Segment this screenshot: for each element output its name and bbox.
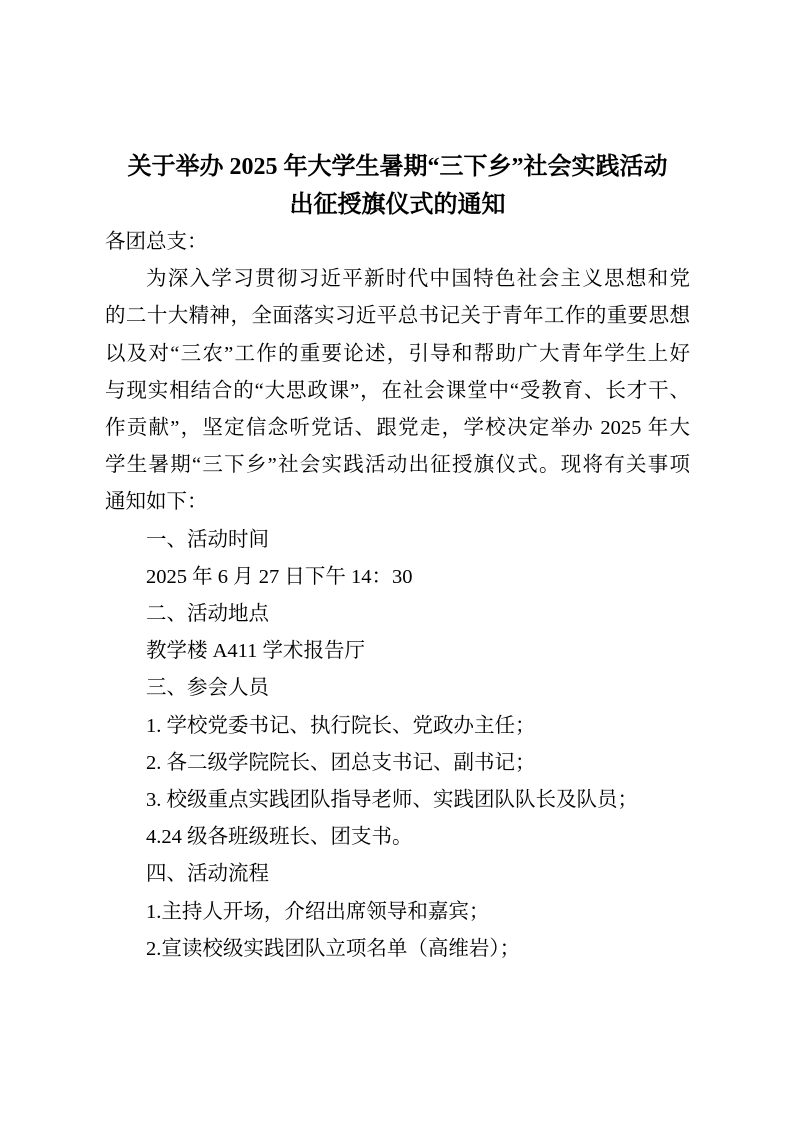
attendee-item-3: 3. 校级重点实践团队指导老师、实践团队队长及队员； (105, 782, 690, 819)
agenda-item-2: 2.宣读校级实践团队立项名单（高维岩）； (105, 931, 690, 968)
attendee-item-1: 1. 学校党委书记、执行院长、党政办主任； (105, 708, 690, 745)
intro-line: 与现实相结合的“大思政课”，在社会课堂中“受教育、长才干、 (105, 373, 690, 410)
title-line-1: 关于举办 2025 年大学生暑期“三下乡”社会实践活动 (105, 148, 690, 186)
agenda-item-1: 1.主持人开场，介绍出席领导和嘉宾； (105, 894, 690, 931)
document-title: 关于举办 2025 年大学生暑期“三下乡”社会实践活动 出征授旗仪式的通知 (105, 148, 690, 224)
intro-line: 为深入学习贯彻习近平新时代中国特色社会主义思想和党 (105, 261, 690, 298)
document-body: 各团总支： 为深入学习贯彻习近平新时代中国特色社会主义思想和党 的二十大精神，全… (105, 224, 690, 968)
section-heading: 二、活动地点 (105, 596, 690, 633)
attendee-item-2: 2. 各二级学院院长、团总支书记、副书记； (105, 745, 690, 782)
intro-line: 的二十大精神，全面落实习近平总书记关于青年工作的重要思想 (105, 298, 690, 335)
document-page: 关于举办 2025 年大学生暑期“三下乡”社会实践活动 出征授旗仪式的通知 各团… (0, 0, 793, 1122)
intro-line: 作贡献”，坚定信念听党话、跟党走，学校决定举办 2025 年大 (105, 410, 690, 447)
section-agenda: 四、活动流程 1.主持人开场，介绍出席领导和嘉宾； 2.宣读校级实践团队立项名单… (105, 856, 690, 968)
section-activity-location: 二、活动地点 教学楼 A411 学术报告厅 (105, 596, 690, 670)
salutation: 各团总支： (105, 224, 690, 261)
attendee-item-4: 4.24 级各班级班长、团支书。 (105, 819, 690, 856)
section-heading: 三、参会人员 (105, 670, 690, 707)
activity-location-value: 教学楼 A411 学术报告厅 (105, 633, 690, 670)
section-heading: 四、活动流程 (105, 856, 690, 893)
section-heading: 一、活动时间 (105, 522, 690, 559)
activity-time-value: 2025 年 6 月 27 日下午 14：30 (105, 559, 690, 596)
section-activity-time: 一、活动时间 2025 年 6 月 27 日下午 14：30 (105, 522, 690, 596)
intro-line: 以及对“三农”工作的重要论述，引导和帮助广大青年学生上好 (105, 336, 690, 373)
intro-line: 通知如下： (105, 484, 690, 521)
title-line-2: 出征授旗仪式的通知 (105, 186, 690, 224)
intro-line: 学生暑期“三下乡”社会实践活动出征授旗仪式。现将有关事项 (105, 447, 690, 484)
section-attendees: 三、参会人员 1. 学校党委书记、执行院长、党政办主任； 2. 各二级学院院长、… (105, 670, 690, 856)
intro-paragraph: 为深入学习贯彻习近平新时代中国特色社会主义思想和党 的二十大精神，全面落实习近平… (105, 261, 690, 521)
